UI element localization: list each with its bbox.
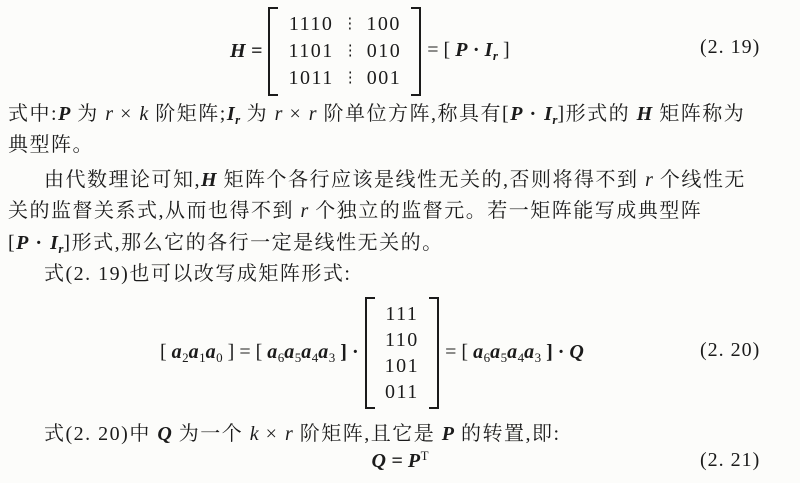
equation-number-2-19: (2. 19) xyxy=(700,36,760,59)
dotted-partition: ⋮ xyxy=(333,11,366,38)
equation-number-2-21: (2. 21) xyxy=(700,449,760,472)
matrix-row: 1101⋮010 xyxy=(288,38,401,65)
equation-number-2-20: (2. 20) xyxy=(700,339,760,362)
matrix-h-body: 1110⋮100 1101⋮010 1011⋮001 xyxy=(278,7,411,96)
eq219-lhs: H = xyxy=(230,40,262,63)
matrix-q-body: 111 110 101 011 xyxy=(375,297,430,409)
equation-2-19: H = 1110⋮100 1101⋮010 1011⋮001 = [ P · I… xyxy=(230,6,510,96)
matrix-row: 011 xyxy=(385,379,420,405)
matrix-h: 1110⋮100 1101⋮010 1011⋮001 xyxy=(268,7,421,96)
right-bracket xyxy=(411,7,421,96)
paragraph-line: 典型阵。 xyxy=(8,130,94,160)
textbook-page: H = 1110⋮100 1101⋮010 1011⋮001 = [ P · I… xyxy=(0,0,800,483)
paragraph-line: 关的监督关系式,从而也得不到 r 个独立的监督元。若一矩阵能写成典型阵 xyxy=(8,196,702,226)
matrix-row: 110 xyxy=(385,327,420,353)
eq219-rhs: = [ P · Ir ] xyxy=(427,39,509,64)
eq220-rhs: = [ a6a5a4a3 ] · Q xyxy=(445,341,584,366)
matrix-row: 1011⋮001 xyxy=(288,65,401,92)
left-bracket xyxy=(268,7,278,96)
paragraph-line: 由代数理论可知,H 矩阵个各行应该是线性无关的,否则将得不到 r 个线性无 xyxy=(44,165,746,195)
dotted-partition: ⋮ xyxy=(334,65,367,92)
eq220-lhs: [ a2a1a0 ] = [ a6a5a4a3 ] · xyxy=(160,341,359,366)
dotted-partition: ⋮ xyxy=(334,38,367,65)
right-bracket xyxy=(429,297,439,409)
paragraph-line: 式(2. 19)也可以改写成矩阵形式: xyxy=(44,259,351,289)
paragraph-line: 式中:P 为 r × k 阶矩阵;Ir 为 r × r 阶单位方阵,称具有[P … xyxy=(8,99,745,135)
paragraph-line: 式(2. 20)中 Q 为一个 k × r 阶矩阵,且它是 P 的转置,即: xyxy=(44,419,561,449)
equation-2-20: [ a2a1a0 ] = [ a6a5a4a3 ] · 111 110 101 … xyxy=(160,292,584,414)
left-bracket xyxy=(365,297,375,409)
matrix-row: 1110⋮100 xyxy=(288,11,401,38)
equation-2-21: Q = PT xyxy=(0,448,800,473)
eq221-body: Q = PT xyxy=(371,448,428,473)
matrix-q: 111 110 101 011 xyxy=(365,297,440,409)
matrix-row: 111 xyxy=(385,301,420,327)
matrix-row: 101 xyxy=(385,353,420,379)
